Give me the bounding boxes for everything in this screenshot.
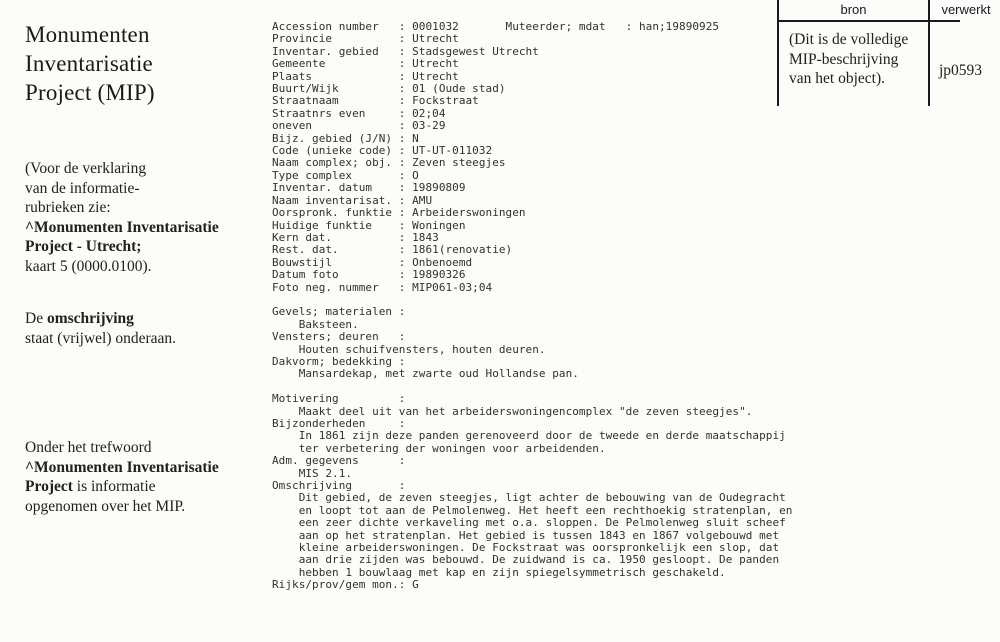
- sidebar-note-reference: (Voor de verklaringvan de informatie-rub…: [25, 159, 260, 276]
- page-title-line: Monumenten: [25, 20, 255, 49]
- sidebar-note-trefwoord: Onder het trefwoord^Monumenten Inventari…: [25, 438, 260, 516]
- column-header-bron: bron: [779, 0, 928, 21]
- mip-record-text: Accession number : 0001032 Muteerder; md…: [272, 21, 792, 592]
- source-column-verwerkt: verwerkt jp0593: [928, 0, 1000, 106]
- page-title-line: Project (MIP): [25, 78, 255, 107]
- source-table: bron (Dit is de volledige MIP-beschrijvi…: [777, 0, 1000, 106]
- source-note-line: (Dit is de volledige: [789, 30, 926, 50]
- processing-code: jp0593: [939, 62, 982, 80]
- page-title-line: Inventarisatie: [25, 49, 255, 78]
- source-note-line: van het object).: [789, 69, 926, 89]
- source-note: (Dit is de volledige MIP-beschrijving va…: [779, 21, 928, 89]
- source-note-line: MIP-beschrijving: [789, 50, 926, 70]
- sidebar-note-omschrijving: De omschrijvingstaat (vrijwel) onderaan.: [25, 309, 260, 348]
- page-title: Monumenten Inventarisatie Project (MIP): [25, 20, 255, 107]
- column-header-verwerkt: verwerkt: [930, 0, 1000, 21]
- source-column-bron: bron (Dit is de volledige MIP-beschrijvi…: [779, 0, 928, 106]
